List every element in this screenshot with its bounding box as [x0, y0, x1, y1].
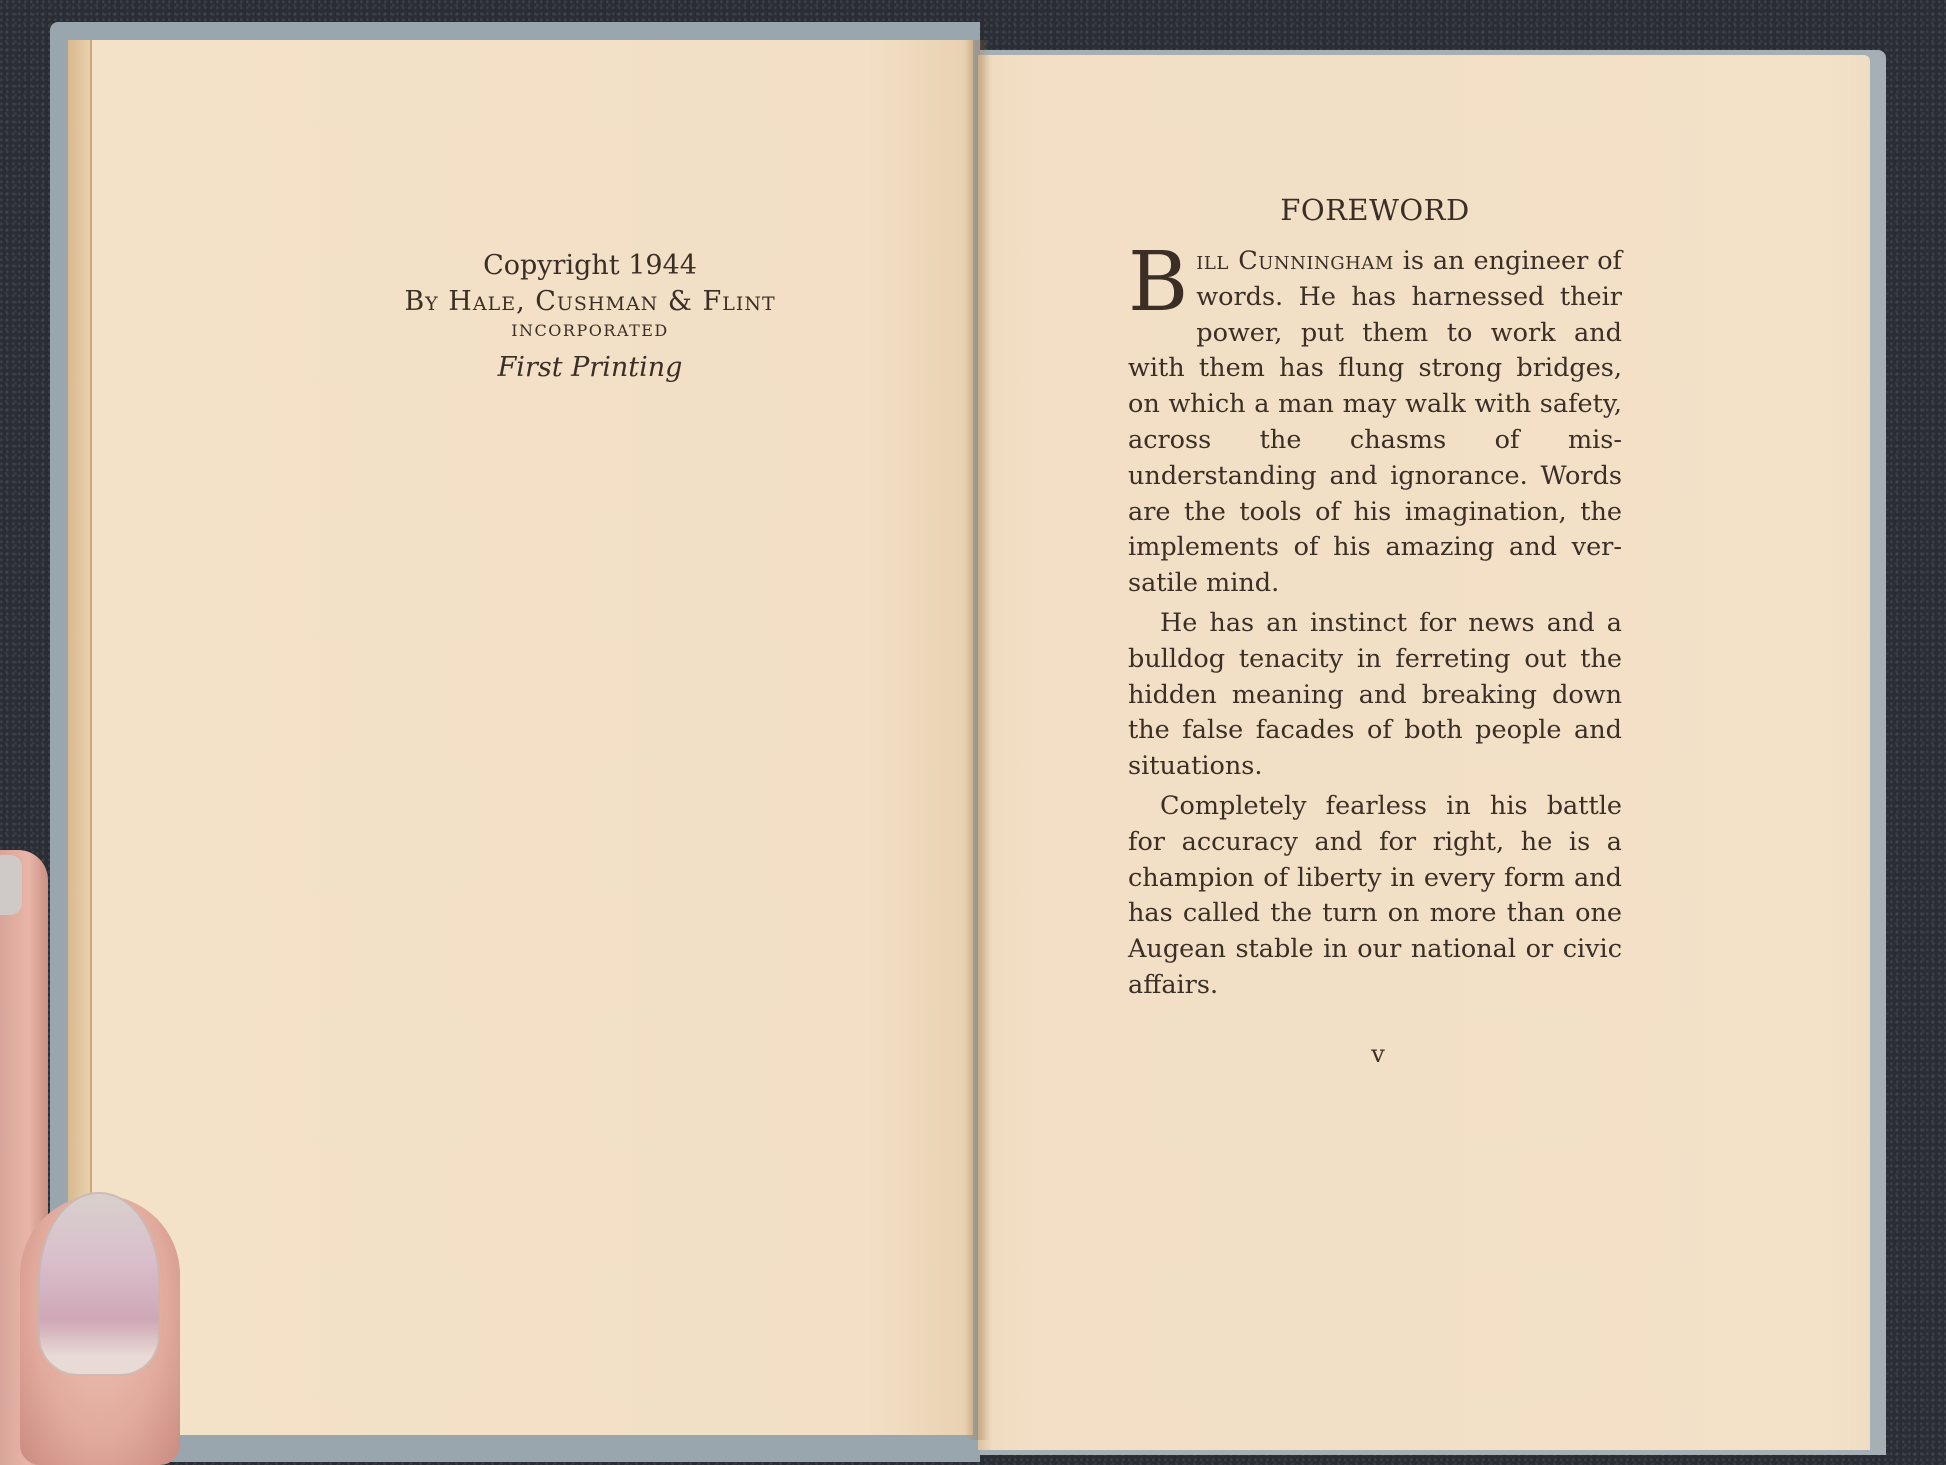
paragraph-text: is an engineer of words. He has harnesse…: [1128, 246, 1622, 598]
foreword-paragraph-3: Completely fearless in his battle for ac…: [1128, 789, 1622, 1004]
fingernail-edge: [0, 855, 22, 915]
foreword-paragraph-2: He has an instinct for news and a bulldo…: [1128, 606, 1622, 785]
publisher-line: By Hale, Cushman & Flint: [380, 284, 800, 320]
foreword-title: FOREWORD: [1128, 190, 1622, 230]
foreword-paragraph-1: Bill Cunningham is an engineer of words.…: [1128, 244, 1622, 602]
copyright-line: Copyright 1944: [380, 248, 800, 284]
page-number: v: [1358, 1040, 1398, 1068]
book-spine-gutter: [966, 40, 990, 1440]
printing-line: First Printing: [380, 348, 800, 388]
incorporated-line: Incorporated: [380, 320, 800, 342]
fingernail: [38, 1192, 160, 1376]
drop-cap: B: [1128, 250, 1188, 316]
copyright-block: Copyright 1944 By Hale, Cushman & Flint …: [380, 248, 800, 388]
lead-name: ill Cunningham: [1196, 246, 1394, 276]
foreword-section: FOREWORD Bill Cunningham is an engineer …: [1128, 190, 1622, 1008]
